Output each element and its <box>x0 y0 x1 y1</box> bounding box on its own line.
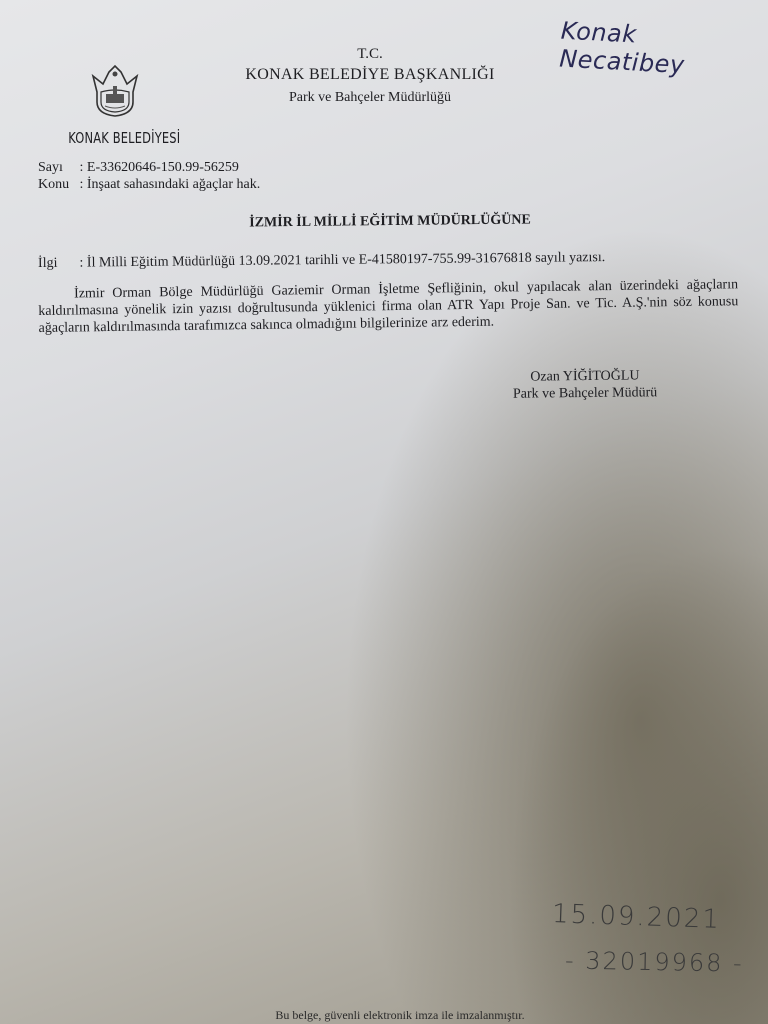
signer-title: Park ve Bahçeler Müdürü <box>495 384 675 403</box>
e-signature-footer: Bu belge, güvenli elektronik imza ile im… <box>220 1008 580 1023</box>
konu-label: Konu <box>38 177 76 193</box>
signer-name: Ozan YİĞİTOĞLU <box>495 367 675 386</box>
related-reference: İlgi : İl Milli Eğitim Müdürlüğü 13.09.2… <box>38 250 605 272</box>
ilgi-value: : İl Milli Eğitim Müdürlüğü 13.09.2021 t… <box>79 250 605 271</box>
ilgi-label: İlgi <box>38 256 76 272</box>
logo-text: KONAK BELEDİYESİ <box>68 129 162 147</box>
letter-body: İzmir Orman Bölge Müdürlüğü Gaziemir Orm… <box>38 276 739 337</box>
header-organization: KONAK BELEDİYE BAŞKANLIĞI <box>180 66 560 84</box>
sayi-value: : E-33620646-150.99-56259 <box>80 160 239 175</box>
header-republic: T.C. <box>180 46 560 63</box>
sayi-label: Sayı <box>38 160 76 176</box>
body-paragraph: İzmir Orman Bölge Müdürlüğü Gaziemir Orm… <box>38 276 739 337</box>
signature-block: Ozan YİĞİTOĞLU Park ve Bahçeler Müdürü <box>495 367 675 403</box>
handwritten-date: 15.09.2021 <box>552 899 722 935</box>
handwritten-number: - 32019968 - <box>565 946 744 977</box>
subject: Konu : İnşaat sahasındaki ağaçlar hak. <box>38 177 260 193</box>
municipality-crest-icon <box>87 62 143 118</box>
recipient-heading: İZMİR İL MİLLİ EĞİTİM MÜDÜRLÜĞÜNE <box>180 212 600 232</box>
konu-value: : İnşaat sahasındaki ağaçlar hak. <box>80 177 261 192</box>
municipality-logo: KONAK BELEDİYESİ <box>60 62 170 147</box>
reference-number: Sayı : E-33620646-150.99-56259 <box>38 160 239 176</box>
header-unit: Park ve Bahçeler Müdürlüğü <box>180 90 560 106</box>
handwritten-top-note: Konak Necatibey <box>559 17 768 84</box>
